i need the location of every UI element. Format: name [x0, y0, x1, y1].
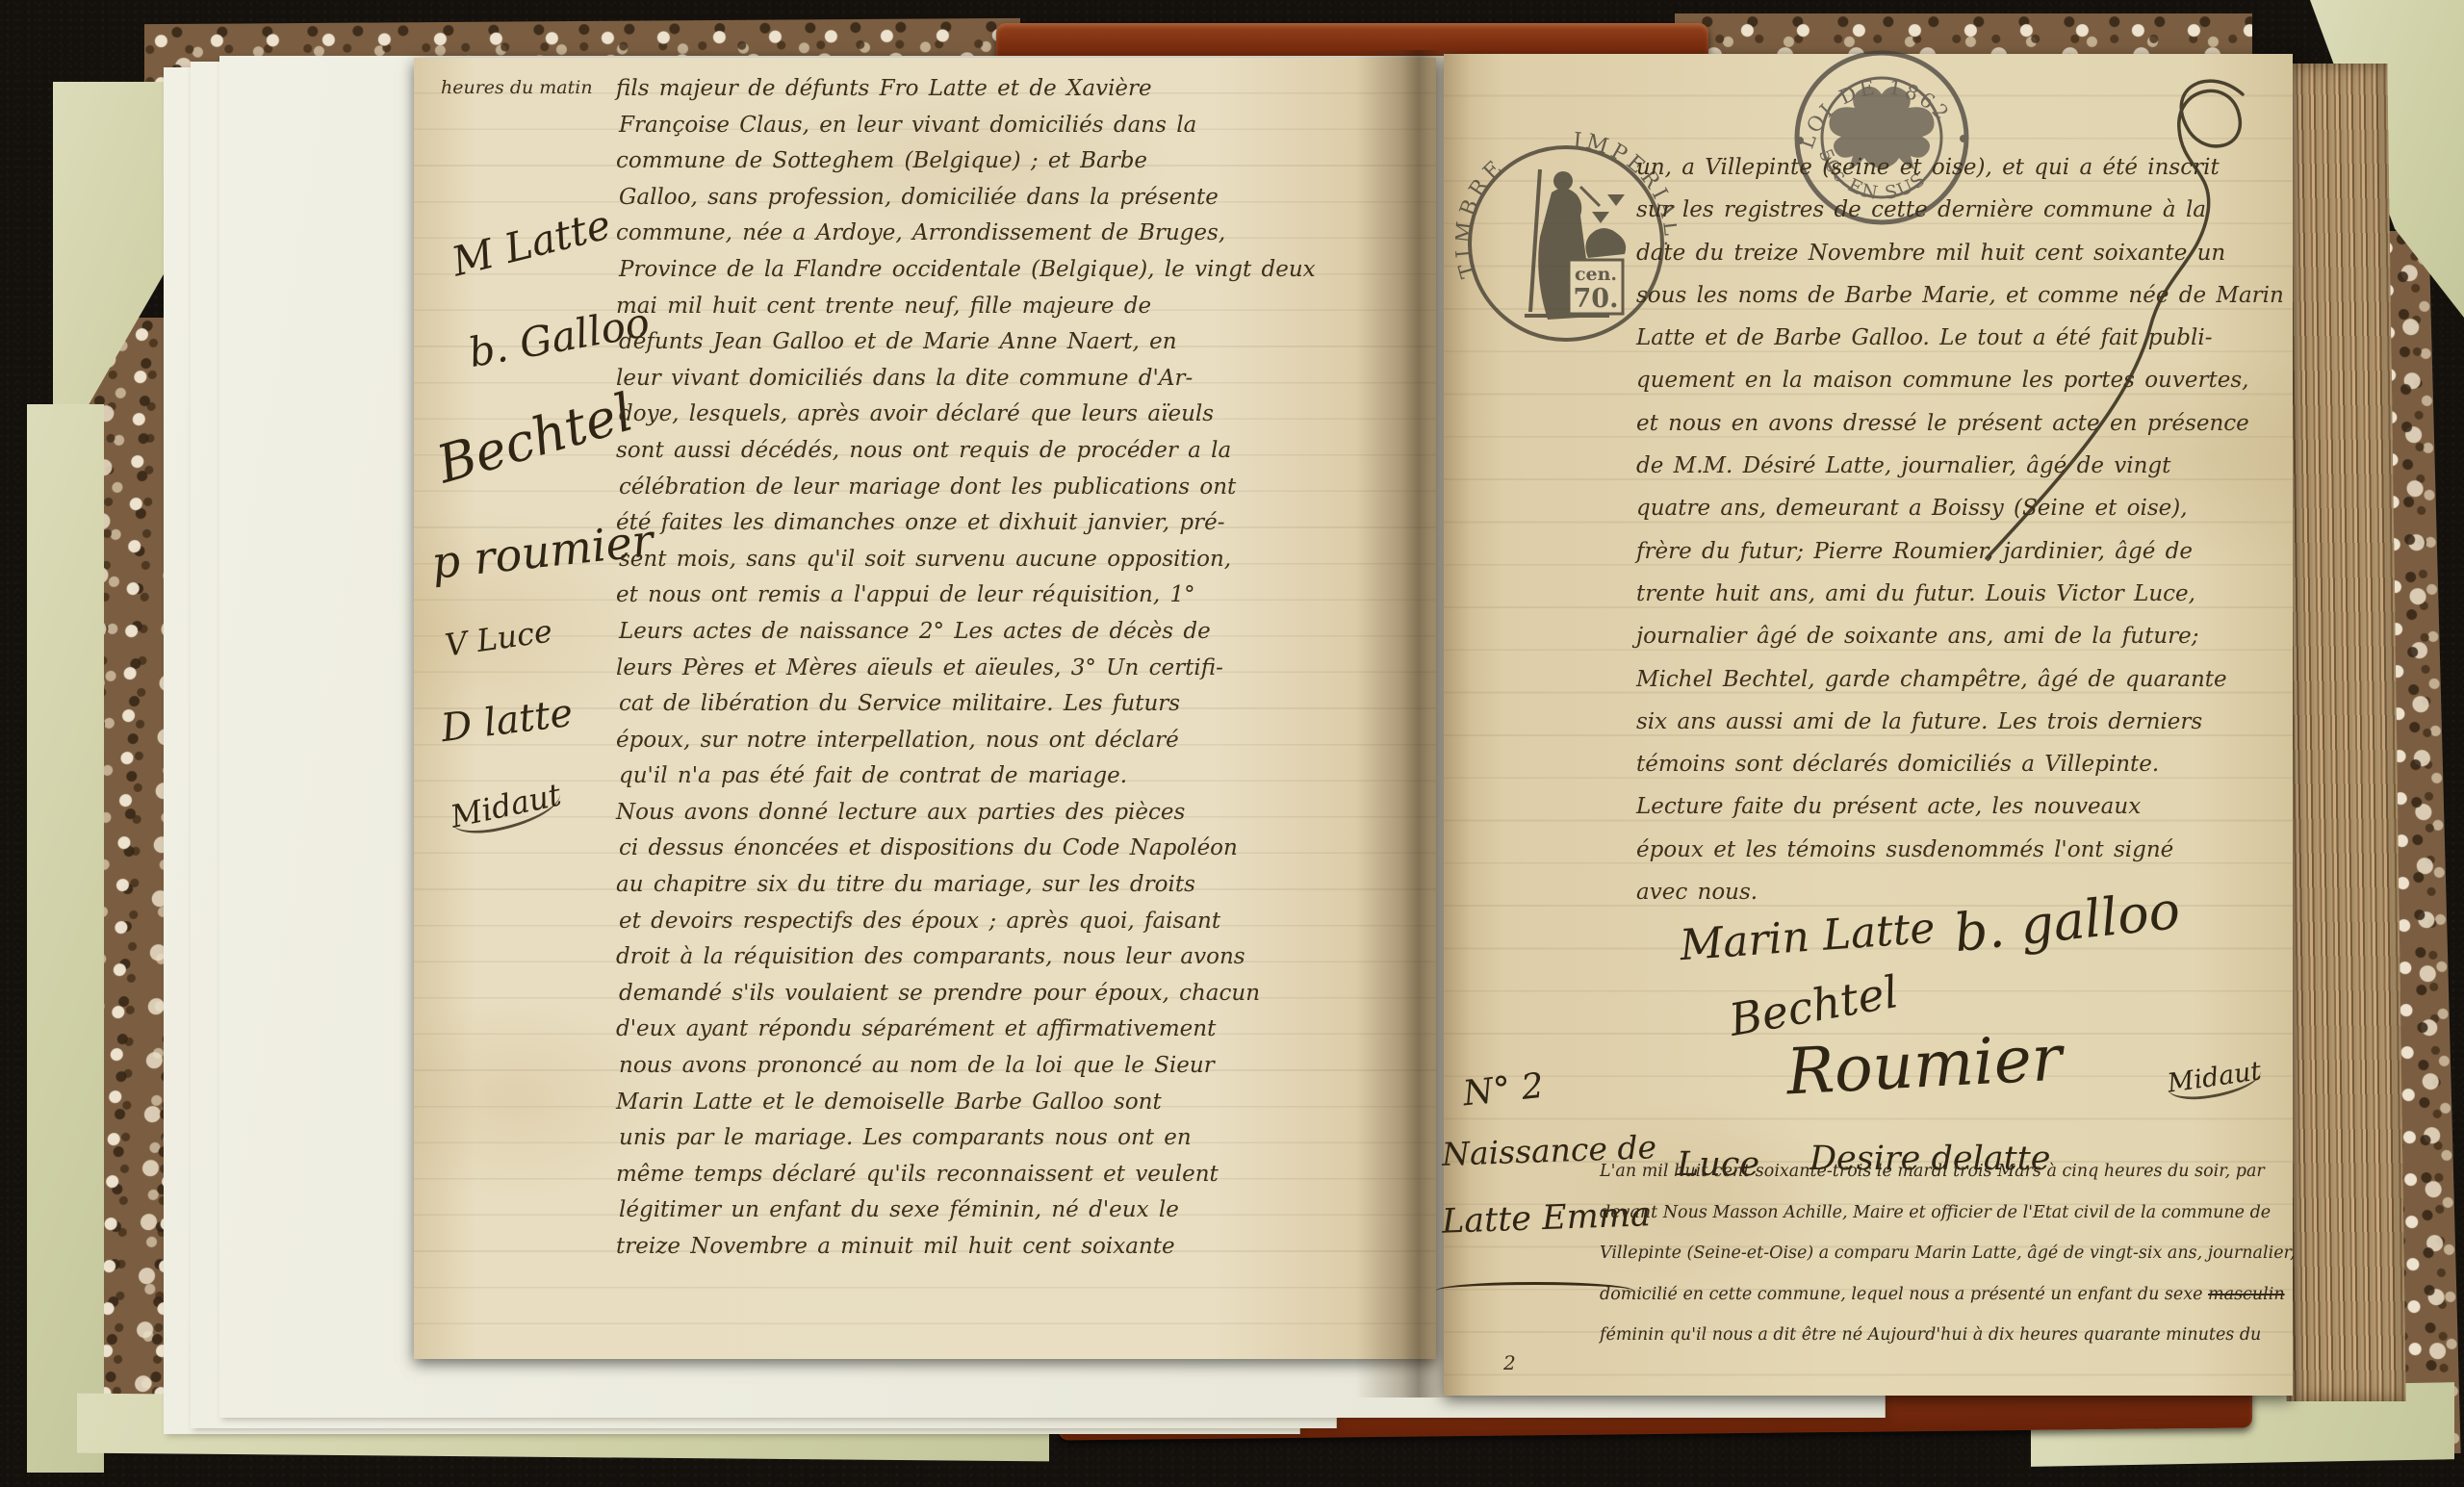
sheet-number: 2 — [1503, 1351, 1516, 1374]
act-line: témoins sont déclarés domiciliés a Ville… — [1636, 743, 2320, 785]
act-line: ci dessus énoncées et dispositions du Co… — [619, 831, 1405, 867]
stamp-unit-text: cen. — [1575, 264, 1617, 285]
photograph-of-open-register-book: heures du matin M Latte b. Galloo Bechte… — [0, 0, 2464, 1487]
margin-act-number: N° 2 — [1461, 1066, 1546, 1115]
act-line: droit à la réquisition des comparants, n… — [616, 939, 1405, 976]
act-line: Galloo, sans profession, domiciliée dans… — [619, 180, 1405, 217]
act-line: quement en la maison commune les portes … — [1636, 359, 2320, 401]
right-page-act-text: un, a Villepinte (seine et oise), et qui… — [1636, 146, 2320, 913]
stamp-value-box: cen. 70. — [1569, 260, 1623, 314]
act-line-text: domicilié en cette commune, lequel nous … — [1600, 1285, 2208, 1304]
act-line: même temps déclaré qu'ils reconnaissent … — [616, 1157, 1405, 1193]
act-line: Michel Bechtel, garde champêtre, âgé de … — [1636, 658, 2320, 701]
act-line: féminin qu'il nous a dit être né Aujourd… — [1600, 1315, 2322, 1356]
act-line: sont aussi décédés, nous ont requis de p… — [616, 433, 1405, 470]
act-line: quatre ans, demeurant a Boissy (Seine et… — [1636, 487, 2320, 529]
act-line: défunts Jean Galloo et de Marie Anne Nae… — [619, 324, 1405, 361]
stamp-eagle — [1585, 228, 1626, 258]
act-line: devant Nous Masson Achille, Maire et off… — [1600, 1192, 2322, 1234]
act-line: sous les noms de Barbe Marie, et comme n… — [1636, 274, 2320, 317]
act-line: doye, lesquels, après avoir déclaré que … — [619, 397, 1405, 433]
act-line: d'eux ayant répondu séparément et affirm… — [616, 1012, 1405, 1048]
act-line: Leurs actes de naissance 2° Les actes de… — [619, 614, 1405, 651]
act-line: Nous avons donné lecture aux parties des… — [616, 795, 1405, 832]
act-line: L'an mil huit cent soixante-trois le mar… — [1600, 1151, 2322, 1192]
act-line: nous avons prononcé au nom de la loi que… — [619, 1048, 1405, 1085]
act-line: époux, sur notre interpellation, nous on… — [616, 723, 1405, 759]
signature-roumier: Roumier — [1784, 1021, 2064, 1110]
act-line: frère du futur; Pierre Roumier, jardinie… — [1636, 530, 2320, 573]
act-line: légitimer un enfant du sexe féminin, né … — [619, 1192, 1405, 1229]
act-line: de M.M. Désiré Latte, journalier, âgé de… — [1636, 445, 2320, 487]
act-line: un, a Villepinte (seine et oise), et qui… — [1636, 146, 2320, 189]
act-line: fils majeur de défunts Fro Latte et de X… — [616, 71, 1405, 108]
act-line: Françoise Claus, en leur vivant domicili… — [619, 108, 1405, 144]
left-page-act-text: fils majeur de défunts Fro Latte et de X… — [616, 71, 1405, 1266]
stamp-arc-left-text: TIMBRE — [1455, 154, 1510, 281]
act-line-with-correction: domicilié en cette commune, lequel nous … — [1600, 1274, 2322, 1316]
act-line: unis par le mariage. Les comparants nous… — [619, 1120, 1405, 1157]
act-line: leur vivant domiciliés dans la dite comm… — [616, 361, 1405, 397]
right-page-birth-act-text: L'an mil huit cent soixante-trois le mar… — [1600, 1151, 2322, 1356]
act-line: demandé s'ils voulaient se prendre pour … — [619, 976, 1405, 1013]
act-line: Villepinte (Seine-et-Oise) a comparu Mar… — [1600, 1233, 2322, 1274]
act-line: trente huit ans, ami du futur. Louis Vic… — [1636, 573, 2320, 615]
act-line: Marin Latte et le demoiselle Barbe Gallo… — [616, 1085, 1405, 1121]
act-line: journalier âgé de soixante ans, ami de l… — [1636, 615, 2320, 657]
act-line: Province de la Flandre occidentale (Belg… — [619, 252, 1405, 289]
act-line: commune, née a Ardoye, Arrondissement de… — [616, 216, 1405, 252]
act-line: Lecture faite du présent acte, les nouve… — [1636, 785, 2320, 828]
act-line: sur les registres de cette dernière comm… — [1636, 189, 2320, 231]
struck-word-masculin: masculin — [2208, 1285, 2285, 1304]
act-line: et nous ont remis a l'appui de leur réqu… — [616, 577, 1405, 614]
act-line: célébration de leur mariage dont les pub… — [619, 470, 1405, 506]
act-line: six ans aussi ami de la future. Les troi… — [1636, 701, 2320, 743]
act-line: mai mil huit cent trente neuf, fille maj… — [616, 289, 1405, 325]
act-line: date du treize Novembre mil huit cent so… — [1636, 232, 2320, 274]
act-line: commune de Sotteghem (Belgique) ; et Bar… — [616, 143, 1405, 180]
act-line: été faites les dimanches onze et dixhuit… — [616, 505, 1405, 542]
act-line: Latte et de Barbe Galloo. Le tout a été … — [1636, 317, 2320, 359]
act-line: époux et les témoins susdenommés l'ont s… — [1636, 829, 2320, 871]
act-line: et nous en avons dressé le présent acte … — [1636, 402, 2320, 445]
vellum-left-edge — [27, 404, 104, 1473]
act-line: leurs Pères et Mères aïeuls et aïeules, … — [616, 651, 1405, 687]
stamp-value-text: 70. — [1574, 284, 1619, 314]
act-line: cat de libération du Service militaire. … — [619, 686, 1405, 723]
act-line: treize Novembre a minuit mil huit cent s… — [616, 1229, 1405, 1266]
act-line: et devoirs respectifs des époux ; après … — [619, 904, 1405, 940]
act-line: sent mois, sans qu'il soit survenu aucun… — [619, 542, 1405, 578]
act-line: qu'il n'a pas été fait de contrat de mar… — [619, 758, 1405, 795]
margin-time-note: heures du matin — [441, 77, 593, 98]
act-line: au chapitre six du titre du mariage, sur… — [616, 867, 1405, 904]
